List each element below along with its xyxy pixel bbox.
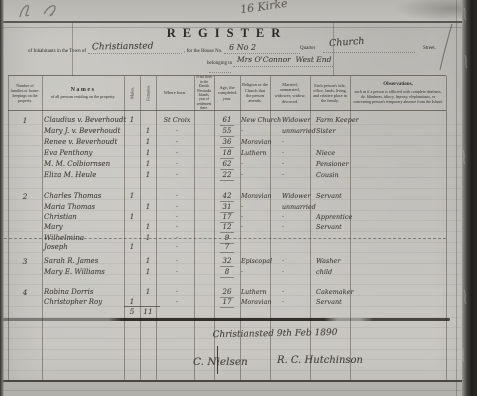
quarter-label: Quarter: [300, 46, 315, 51]
title-cell: Niece: [316, 148, 360, 159]
page-title: REGISTER: [8, 26, 446, 41]
col-header-males: Males.: [125, 76, 139, 110]
scan-edge-left: [0, 0, 4, 396]
title-cell: Servant: [316, 297, 360, 308]
table-row: Eliza M. Heule 1 · 22 · · Cousin: [8, 170, 446, 181]
person-name: Sarah R. James: [44, 256, 130, 267]
table-row: Mary E. Williams 1 · 8 · · child: [8, 267, 446, 278]
person-name: Mary E. Williams: [44, 267, 130, 278]
where-born-cell: ·: [154, 222, 200, 233]
street-label: Street.: [423, 46, 436, 51]
person-name: Charles Thomas: [44, 191, 130, 202]
owner-blank-line: [233, 65, 333, 67]
title-cell: Farm Keeper: [316, 115, 360, 126]
house-no-field: 6 No 2: [229, 43, 256, 52]
age-cell: 62: [220, 159, 234, 170]
town-blank-line: [88, 52, 182, 54]
belonging-dots: [209, 71, 231, 73]
person-name: Christopher Roy: [44, 297, 130, 308]
religion-cell: ·: [241, 159, 281, 170]
table-row: 1 Claudius v. Beverhoudt 1 St Croix 61 N…: [8, 115, 446, 126]
religion-cell: Luthern: [241, 148, 281, 159]
person-name: Eliza M. Heule: [44, 170, 130, 181]
religion-cell: Moravian: [241, 297, 281, 308]
where-born-cell: ·: [154, 159, 200, 170]
where-born-cell: St Croix: [154, 115, 200, 126]
title-cell: child: [316, 267, 360, 278]
col-header-title: Each person's title, office, lands, livi…: [311, 76, 349, 110]
col-header-marital: Married, unmarried, widower, widow, divo…: [271, 76, 309, 110]
age-cell: 7: [220, 242, 234, 253]
header-divider-left: [72, 22, 73, 76]
where-born-cell: ·: [154, 297, 200, 308]
register-document: 16 Kirke REGISTER of Inhabitants in the …: [0, 0, 477, 396]
col-header-names: Names of all persons residing on the pro…: [43, 76, 123, 110]
title-cell: Pensioner: [316, 159, 360, 170]
house-no-blank-line: [224, 52, 300, 54]
age-cell: 55: [220, 126, 234, 137]
religion-cell: New Church: [241, 115, 281, 126]
town-field: Christiansted: [92, 41, 154, 52]
table-header-bottom-rule: [8, 110, 446, 111]
margin-pencil-marks-icon: [450, 0, 477, 396]
title-cell: Servant: [316, 191, 360, 202]
quarter-blank-line: [323, 51, 415, 53]
age-cell: 12: [220, 222, 234, 233]
age-cell: 36: [220, 137, 234, 148]
male-mark: 1: [124, 115, 140, 126]
col-header-females-label: Females.: [145, 85, 151, 101]
col-header-observations-body: such as if a person is afflicted with co…: [352, 89, 444, 104]
age-cell: 18: [220, 148, 234, 159]
religion-cell: ·: [241, 267, 281, 278]
family-number: 2: [8, 191, 42, 202]
title-cell: Cousin: [316, 170, 360, 181]
religion-cell: ·: [241, 222, 281, 233]
age-cell: 32: [220, 256, 234, 267]
religion-cell: ·: [241, 126, 281, 137]
inhabitants-label: of Inhabitants in the Town of: [28, 49, 86, 54]
col-header-names-sub: of all persons residing on the property.: [51, 94, 116, 99]
table-row: Christopher Roy 1 · 17 Moravian · Servan…: [8, 297, 446, 308]
person-name: Mary J. v. Beverhoudt: [44, 126, 130, 137]
females-total: 11: [140, 307, 156, 316]
house-no-label: , for the House No.: [184, 49, 222, 54]
where-born-cell: ·: [154, 170, 200, 181]
age-cell: 17: [220, 297, 234, 308]
col-header-families: Number of families or house-keepings on …: [9, 76, 41, 110]
quarter-field: Church: [329, 36, 365, 49]
where-born-cell: ·: [154, 242, 200, 253]
age-cell: 61: [220, 115, 234, 126]
col-header-age: Age, the completed year.: [215, 76, 239, 110]
where-born-cell: ·: [154, 126, 200, 137]
religion-cell: ·: [241, 170, 281, 181]
marital-status-cell: ·: [282, 137, 322, 148]
col-header-females: Females.: [141, 76, 155, 110]
pencil-scribble-icon: [14, 1, 84, 21]
table-row: Eva Penthony 1 · 18 Luthern · Niece: [8, 148, 446, 159]
belonging-label: belonging to: [207, 61, 232, 66]
where-born-cell: ·: [154, 137, 200, 148]
col-header-religion: Religion or the Church that the person a…: [241, 76, 269, 110]
col-header-males-label: Males.: [129, 87, 135, 99]
table-row: Mary 1 · 12 · · Servant: [8, 222, 446, 233]
title-cell: Washer: [316, 256, 360, 267]
religion-cell: Episcopal: [241, 256, 281, 267]
signature-left: C. Nielsen: [193, 356, 248, 368]
where-born-cell: ·: [154, 148, 200, 159]
table-row: 3 Sarah R. James 1 · 32 Episcopal · Wash…: [8, 256, 446, 267]
male-mark: 1: [124, 191, 140, 202]
age-cell: 8: [220, 267, 234, 278]
bottom-faint-rule: [0, 390, 477, 391]
person-name: M. M. Colbiornsen: [44, 159, 130, 170]
religion-cell: Moravian: [241, 137, 281, 148]
family-number: 3: [8, 256, 42, 267]
col-header-born: Where born.: [157, 76, 193, 110]
person-name: Joseph: [44, 242, 130, 253]
table-row: Mary J. v. Beverhoudt 1 · 55 · unmarried…: [8, 126, 446, 137]
title-cell: Servant: [316, 222, 360, 233]
col-header-settlement: If not born in the Danish Westindia Isla…: [195, 76, 213, 110]
pencil-dash-line: [4, 238, 446, 239]
signature-right: R. C. Hutchinson: [277, 355, 363, 366]
table-row: Renee v. Beverhoudt 1 · 36 Moravian ·: [8, 137, 446, 148]
owner-field: Mrs O'Connor West End: [237, 55, 331, 64]
table-row: M. M. Colbiornsen 1 · 62 · · Pensioner: [8, 159, 446, 170]
heavy-pencil-rule: [0, 318, 450, 321]
person-name: Renee v. Beverhoudt: [44, 137, 130, 148]
table-row: Joseph 1 · 7: [8, 242, 446, 253]
bottom-margin-band: [0, 382, 477, 396]
age-cell: 22: [220, 170, 234, 181]
family-number: 1: [8, 115, 42, 126]
person-name: Claudius v. Beverhoudt: [44, 115, 130, 126]
title-cell: Sister: [316, 126, 360, 137]
where-born-cell: ·: [154, 267, 200, 278]
header-divider-right: [333, 22, 334, 76]
male-mark: 1: [124, 242, 140, 253]
religion-cell: Moravian: [241, 191, 281, 202]
col-header-observations: Observations, such as if a person is aff…: [351, 76, 445, 110]
table-row: 2 Charles Thomas 1 · 42 Moravian Widower…: [8, 191, 446, 202]
col-header-names-title: Names: [71, 87, 96, 95]
age-cell: 42: [220, 191, 234, 202]
where-born-cell: ·: [154, 191, 200, 202]
person-name: Eva Penthony: [44, 148, 130, 159]
person-name: Mary: [44, 222, 130, 233]
males-total: 5: [124, 307, 140, 316]
where-born-cell: ·: [154, 256, 200, 267]
